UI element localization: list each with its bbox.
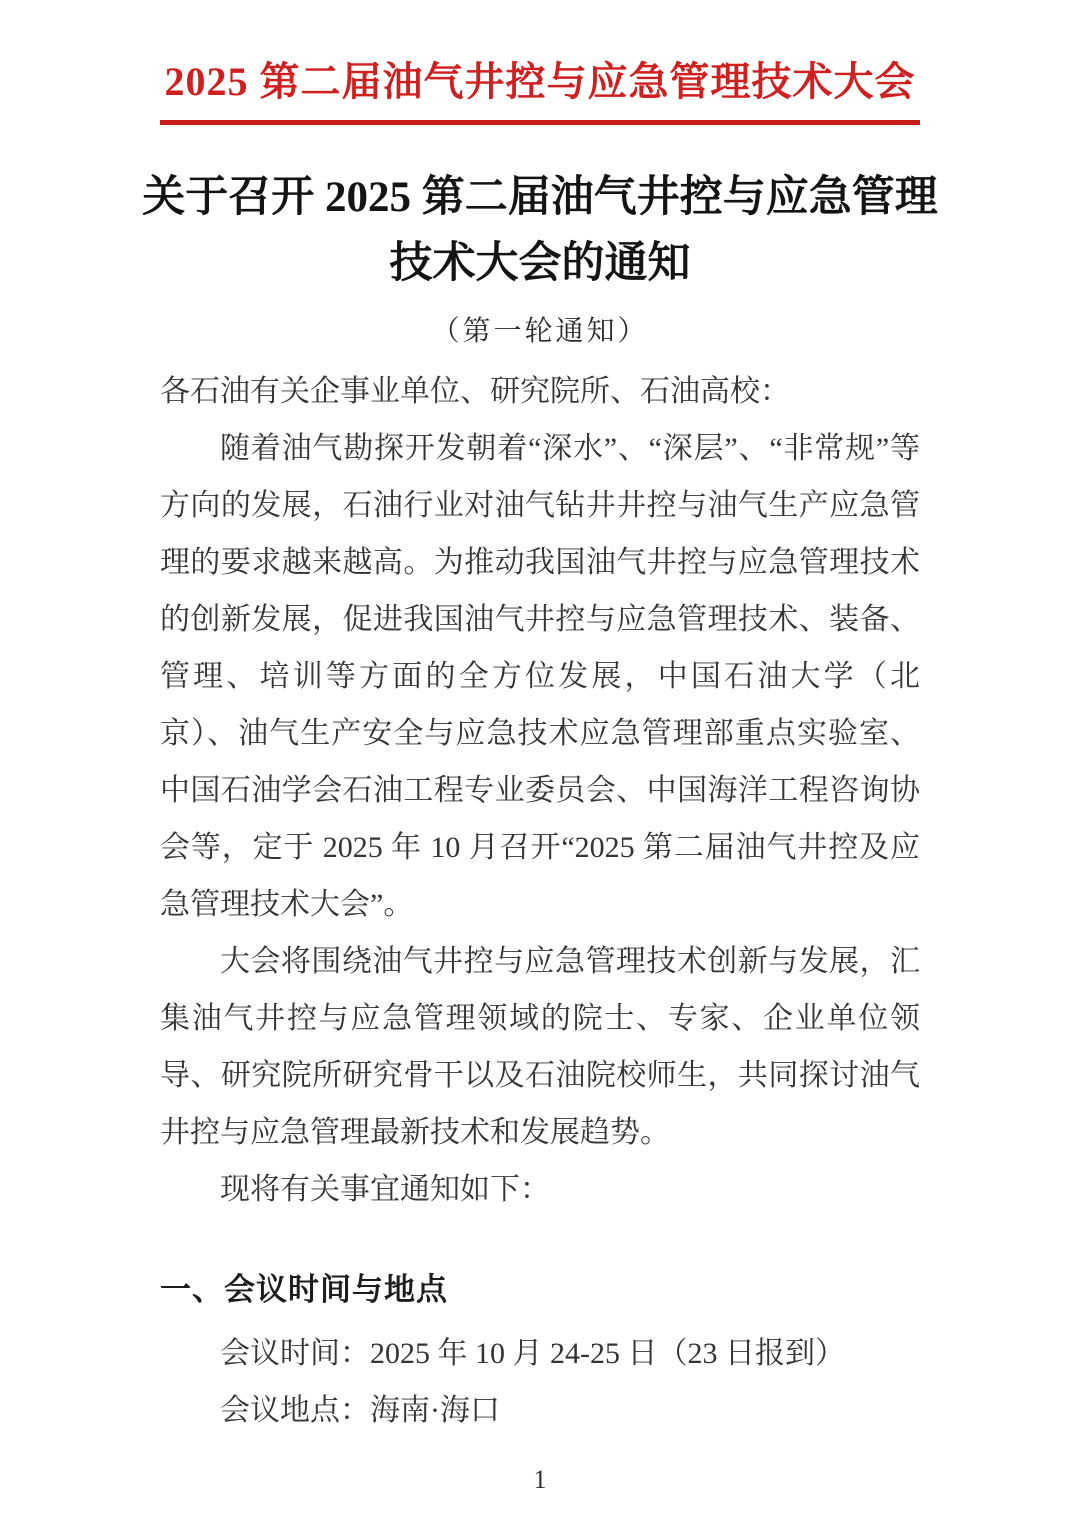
document-page: 2025 第二届油气井控与应急管理技术大会 关于召开 2025 第二届油气井控与…: [0, 0, 1080, 1527]
document-title: 关于召开 2025 第二届油气井控与应急管理 技术大会的通知: [0, 165, 1080, 297]
section-items: 会议时间：2025 年 10 月 24-25 日（23 日报到） 会议地点：海南…: [160, 1325, 920, 1439]
red-divider: [160, 120, 920, 125]
document-title-line1: 关于召开 2025 第二届油气井控与应急管理: [142, 174, 938, 221]
document-title-line2: 技术大会的通知: [390, 240, 691, 287]
page-number: 1: [0, 1465, 1080, 1495]
document-subtitle: （第一轮通知）: [0, 309, 1080, 349]
section-heading-time-location: 一、会议时间与地点: [160, 1264, 920, 1309]
salutation-line: 各石油有关企事业单位、研究院所、石油高校：: [160, 363, 920, 420]
body-paragraph: 大会将围绕油气井控与应急管理技术创新与发展，汇集油气井控与应急管理领域的院士、专…: [160, 933, 920, 1161]
meeting-location-line: 会议地点：海南·海口: [160, 1382, 920, 1439]
banner-title: 2025 第二届油气井控与应急管理技术大会: [0, 56, 1080, 108]
body-paragraph: 随着油气勘探开发朝着“深水”、“深层”、“非常规”等方向的发展，石油行业对油气钻…: [160, 420, 920, 933]
body-paragraph: 现将有关事宜通知如下：: [160, 1161, 920, 1218]
meeting-time-line: 会议时间：2025 年 10 月 24-25 日（23 日报到）: [160, 1325, 920, 1382]
document-header: 2025 第二届油气井控与应急管理技术大会: [0, 0, 1080, 125]
document-body: 各石油有关企事业单位、研究院所、石油高校： 随着油气勘探开发朝着“深水”、“深层…: [160, 363, 920, 1218]
